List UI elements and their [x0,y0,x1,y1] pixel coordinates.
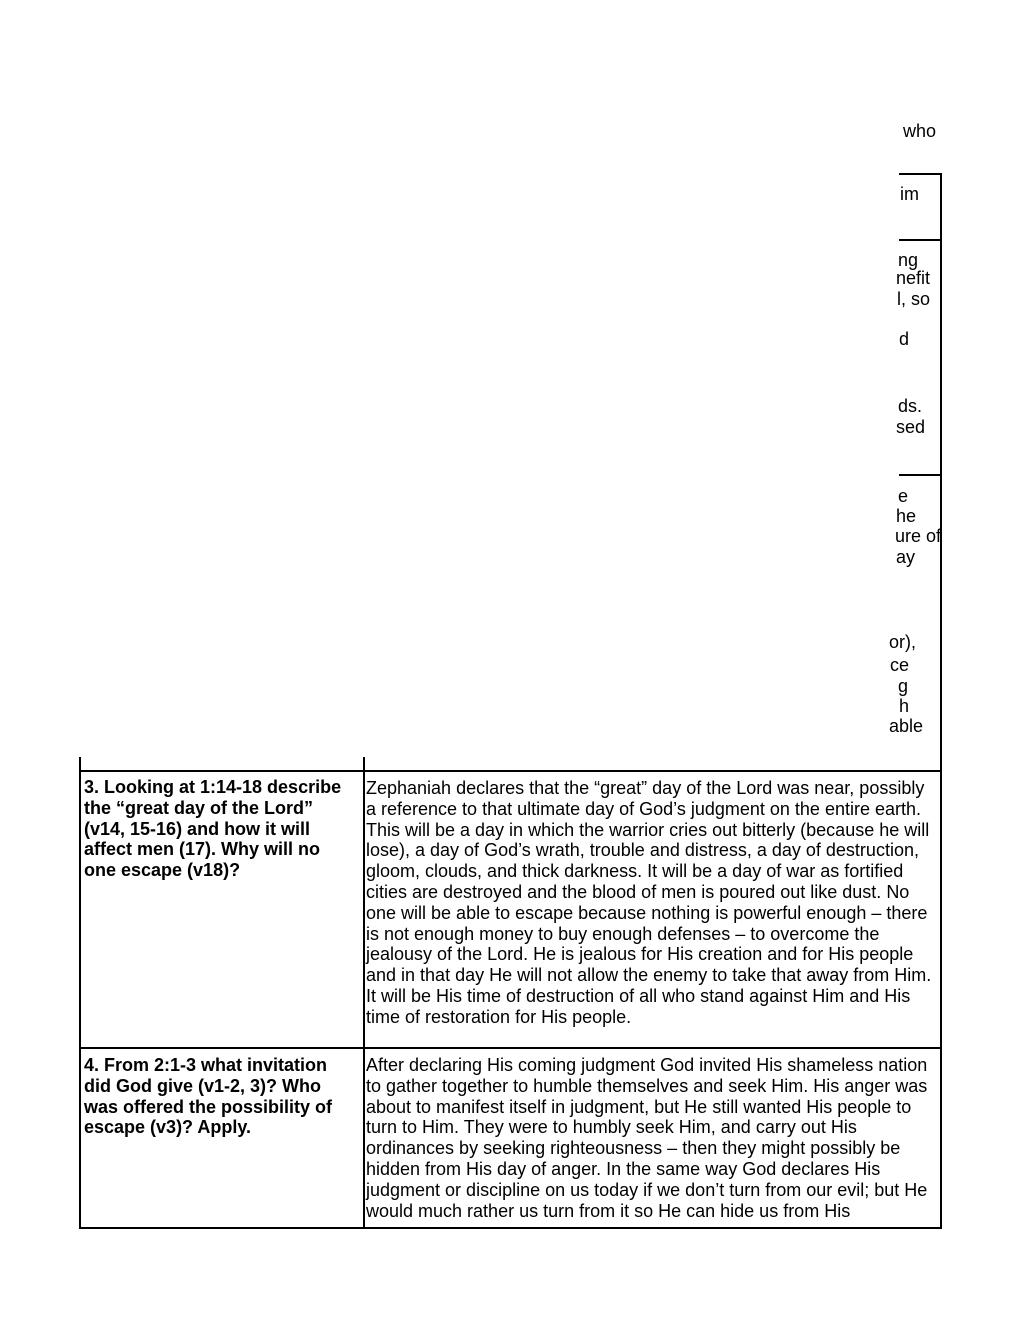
clipped-line-fragment: ay [896,547,915,568]
clipped-line-fragment: e [898,486,908,507]
table-border-right [940,173,942,1229]
clipped-line-fragment: g [898,676,908,697]
table-border-partial-row-3 [899,474,942,476]
clipped-line-fragment: sed [896,417,925,438]
answer-3-cell: Zephaniah declares that the “great” day … [366,778,940,1028]
answer-4-cell: After declaring His coming judgment God … [366,1055,940,1221]
clipped-line-fragment: ds. [898,396,922,417]
table-border-left [79,757,81,1229]
table-border-partial-row-2 [899,239,942,241]
clipped-line-fragment: who [903,121,936,142]
clipped-line-fragment: ce [890,655,909,676]
table-row3-top-border [79,770,942,772]
question-3-cell: 3. Looking at 1:14-18 describe the “grea… [84,777,358,881]
table-column-divider [363,757,365,1229]
clipped-line-fragment: l, so [897,289,930,310]
clipped-line-fragment: he [896,506,916,527]
clipped-line-fragment: nefit [896,268,930,289]
clipped-line-fragment: im [900,184,919,205]
clipped-line-fragment: ure of [895,526,941,547]
clipped-line-fragment: h [899,696,909,717]
clipped-line-fragment: able [889,716,923,737]
question-4-cell: 4. From 2:1-3 what invitation did God gi… [84,1055,358,1138]
table-bottom-border [79,1227,942,1229]
table-row3-row4-divider [79,1047,942,1049]
table-border-partial-row-1 [899,173,942,175]
document-page: whoimngnefitl, sodds.sedeheure ofayor),c… [0,0,1020,1320]
clipped-line-fragment: d [899,329,909,350]
clipped-line-fragment: or), [889,632,916,653]
